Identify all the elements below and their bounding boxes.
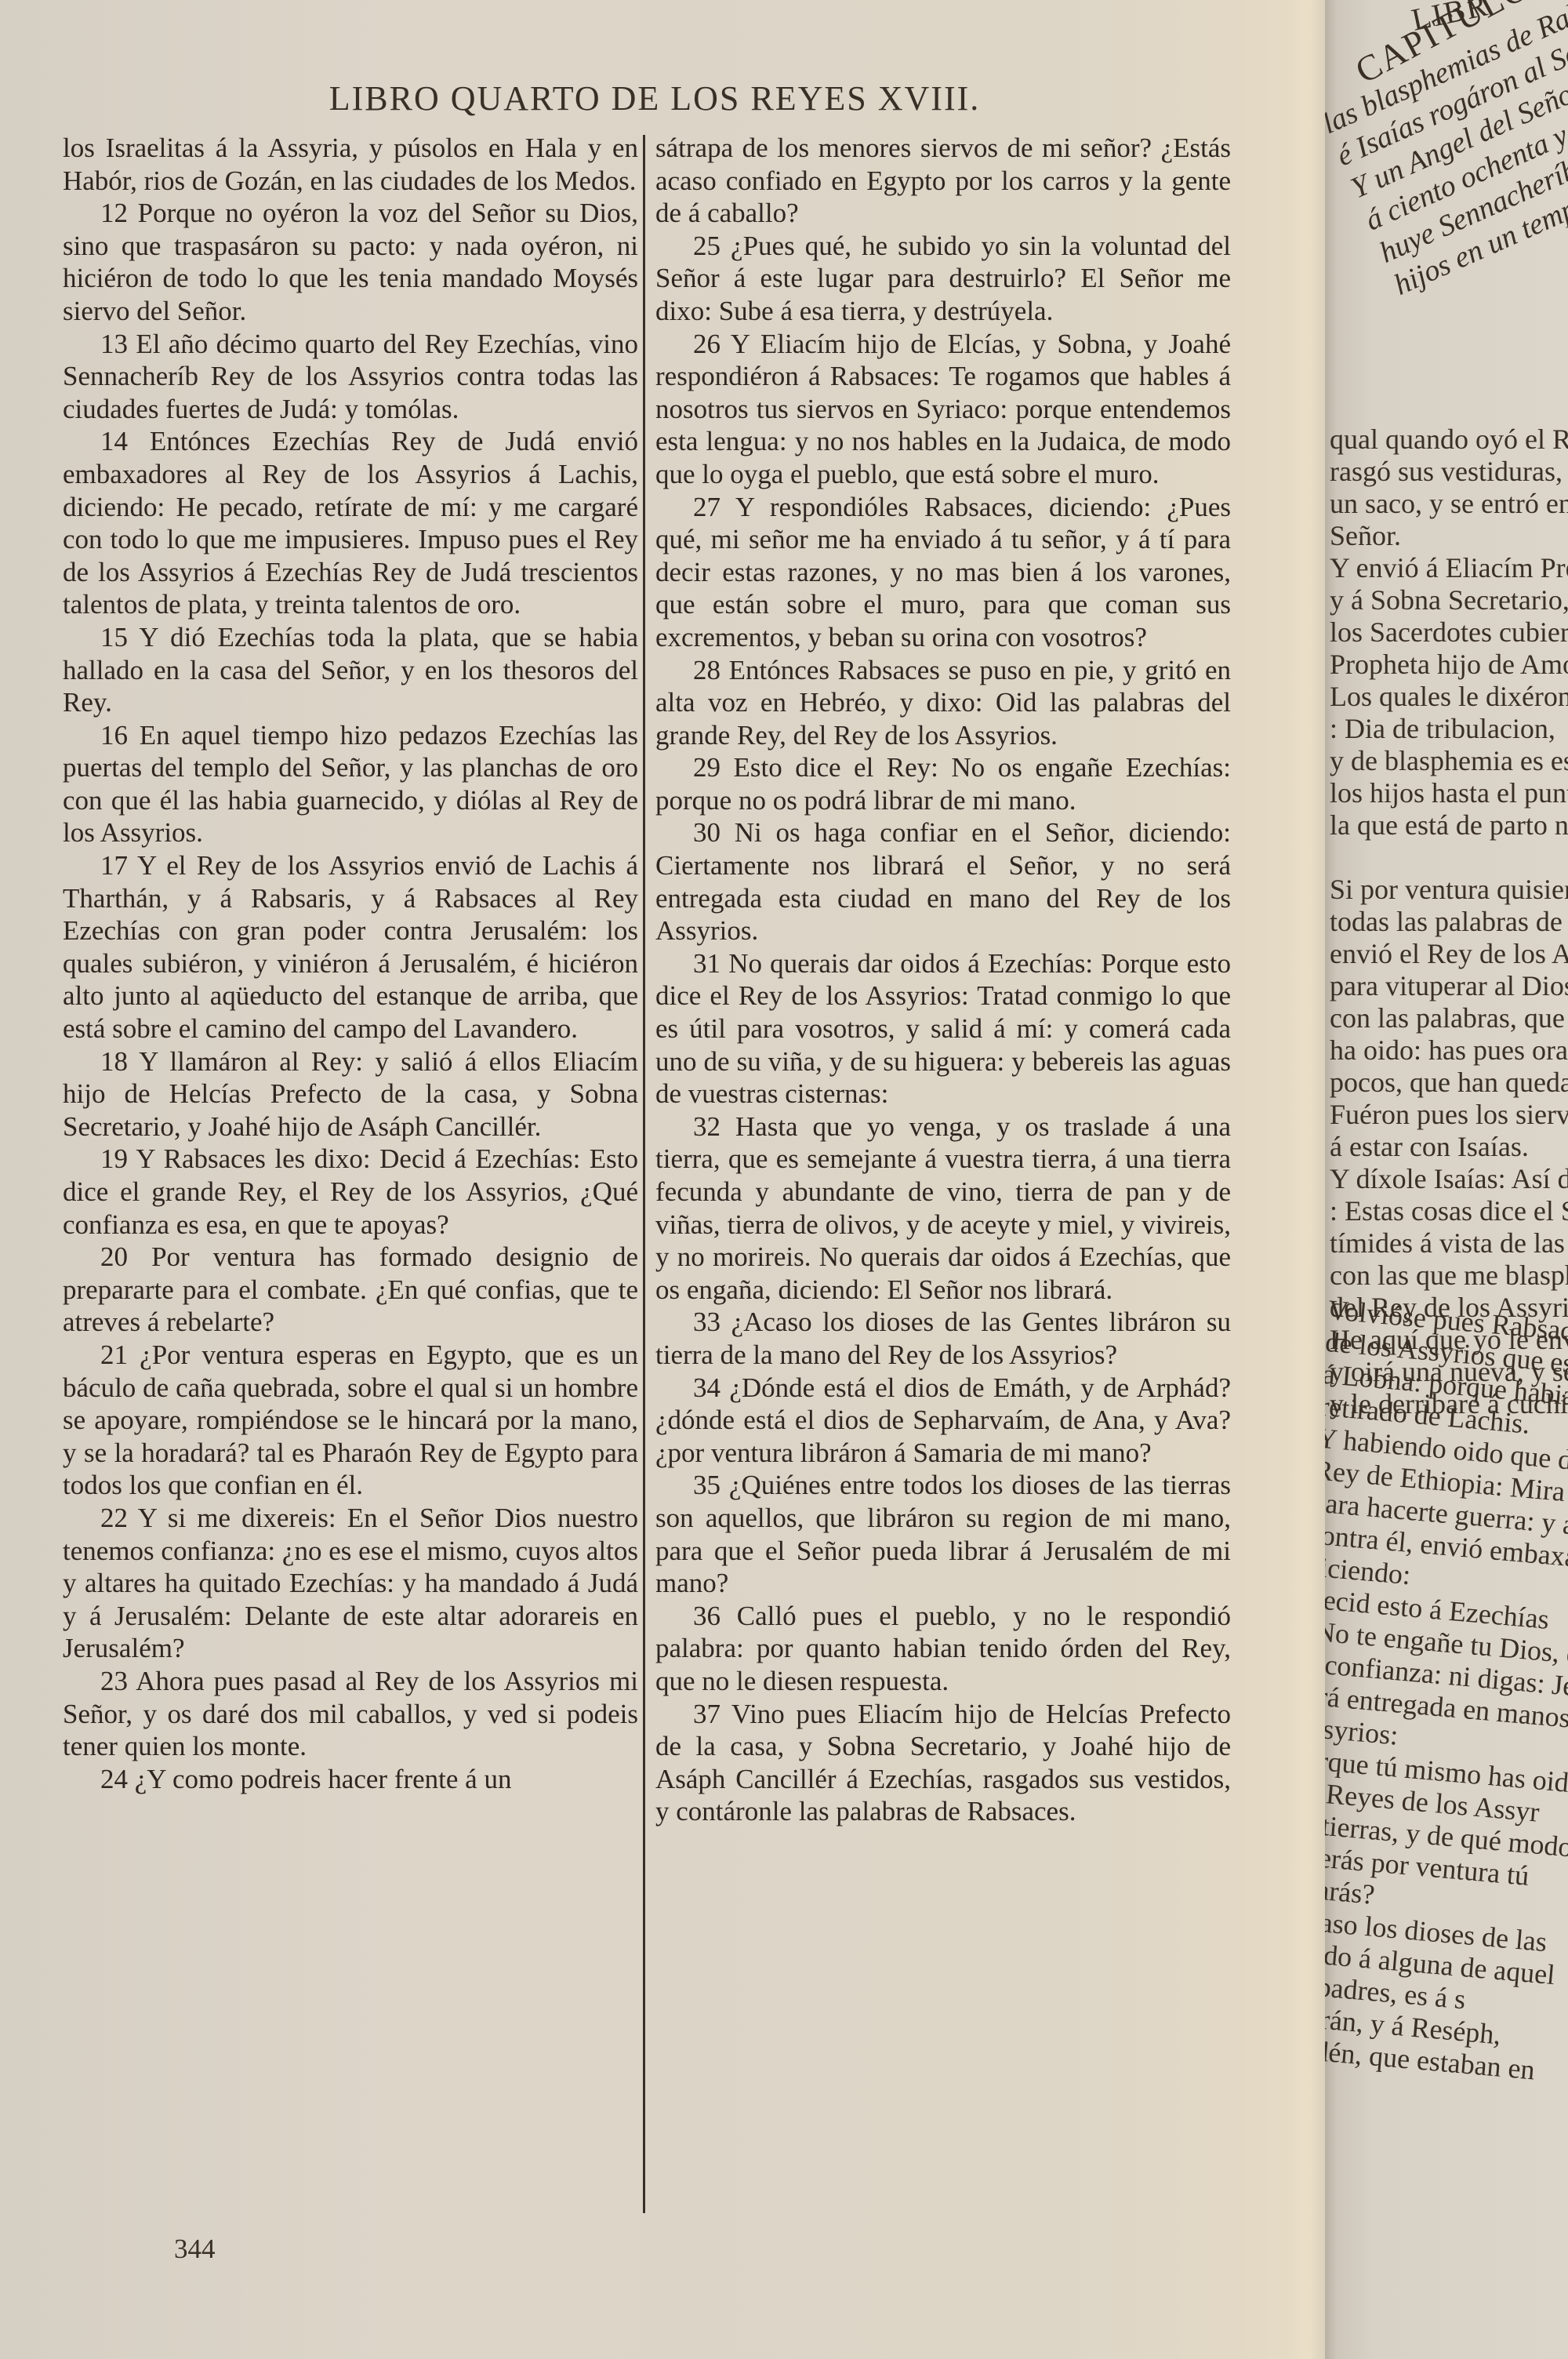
verse: 30 Ni os haga confiar en el Señor, dicie… — [655, 816, 1231, 947]
verse: 31 No querais dar oidos á Ezechías: Porq… — [655, 947, 1231, 1110]
text-line: rasgó sus vestiduras, — [1330, 456, 1568, 488]
verse: 28 Entónces Rabsaces se puso en pie, y g… — [655, 654, 1231, 752]
verse-number: 27 — [693, 492, 720, 522]
verse-text: sátrapa de los menores siervos de mi señ… — [655, 133, 1231, 228]
text-line: Y envió á Eliacím Prefecto — [1330, 552, 1568, 584]
verse-text: Vino pues Eliacím hijo de Helcías Prefec… — [655, 1699, 1231, 1827]
verse-text: Y llamáron al Rey: y salió á ellos Eliac… — [63, 1046, 638, 1142]
verse-number: 32 — [693, 1111, 720, 1142]
verse-number: 25 — [693, 231, 720, 261]
verse: 37 Vino pues Eliacím hijo de Helcías Pre… — [655, 1698, 1231, 1828]
verse-number: 35 — [693, 1470, 720, 1500]
verse-text: Porque no oyéron la voz del Señor su Dio… — [63, 198, 638, 326]
verse-number: 29 — [693, 752, 720, 783]
text-line: Propheta hijo de Amós. — [1330, 649, 1568, 681]
verse: 12 Porque no oyéron la voz del Señor su … — [63, 197, 638, 327]
verse-text: Por ventura has formado designio de prep… — [63, 1241, 638, 1337]
verse-number: 30 — [693, 817, 720, 848]
verse-number: 12 — [100, 198, 128, 228]
verse-number: 34 — [693, 1372, 720, 1403]
verse-number: 14 — [100, 426, 128, 456]
text-line: á estar con Isaías. — [1330, 1131, 1568, 1163]
text-line: qual quando oyó el Rey — [1330, 423, 1568, 456]
text-column-left: los Israelitas á la Assyria, y púsolos e… — [63, 132, 638, 1795]
verse-text: ¿Por ventura esperas en Egypto, que es u… — [63, 1339, 638, 1500]
verse-number: 23 — [100, 1666, 128, 1696]
text-line: Y díxole Isaías: Así direis — [1330, 1163, 1568, 1195]
verse-number: 15 — [100, 622, 128, 652]
text-line: los hijos hasta el punto de — [1330, 777, 1568, 809]
verse: 27 Y respondióles Rabsaces, diciendo: ¿P… — [655, 491, 1231, 654]
text-line: la que está de parto no tien — [1330, 809, 1568, 841]
text-line: pocos, que han quedado. — [1330, 1067, 1568, 1099]
verse-number: 20 — [100, 1241, 128, 1272]
verse: 14 Entónces Ezechías Rey de Judá envió e… — [63, 425, 638, 621]
verse-number: 13 — [100, 329, 128, 359]
running-head: LIBRO QUARTO DE LOS REYES XVIII. — [318, 78, 992, 118]
verse: 24 ¿Y como podreis hacer frente á un — [63, 1763, 638, 1796]
verse-text: Y Rabsaces les dixo: Decid á Ezechías: E… — [63, 1143, 638, 1239]
verse-text: El año décimo quarto del Rey Ezechías, v… — [63, 329, 638, 424]
text-line: tímides á vista de las palabr — [1330, 1227, 1568, 1259]
verse: 20 Por ventura has formado designio de p… — [63, 1241, 638, 1339]
verse: 18 Y llamáron al Rey: y salió á ellos El… — [63, 1045, 638, 1143]
verse-number: 26 — [693, 329, 720, 359]
text-line: para vituperar al Dios vivi — [1330, 970, 1568, 1002]
verse-text: Y respondióles Rabsaces, diciendo: ¿Pues… — [655, 492, 1231, 652]
verse-text: Esto dice el Rey: No os engañe Ezechías:… — [655, 752, 1231, 816]
text-line: y á Sobna Secretario, y á los — [1330, 584, 1568, 616]
verse: los Israelitas á la Assyria, y púsolos e… — [63, 132, 638, 197]
verse-number: 31 — [693, 948, 720, 979]
text-line: : Estas cosas dice el Señ — [1330, 1195, 1568, 1227]
text-line: Fuéron pues los siervos d — [1330, 1099, 1568, 1131]
verse: 19 Y Rabsaces les dixo: Decid á Ezechías… — [63, 1143, 638, 1241]
verse: 26 Y Eliacím hijo de Elcías, y Sobna, y … — [655, 328, 1231, 491]
text-line: envió el Rey de los Assy — [1330, 938, 1568, 970]
verse-text: Y el Rey de los Assyrios envió de Lachis… — [63, 850, 638, 1044]
verse: 22 Y si me dixereis: En el Señor Dios nu… — [63, 1502, 638, 1665]
left-page: LIBRO QUARTO DE LOS REYES XVIII. los Isr… — [0, 0, 1325, 2359]
text-line: ha oido: has pues oraci — [1330, 1034, 1568, 1067]
verse-number: 21 — [100, 1339, 128, 1370]
column-divider — [643, 135, 645, 2213]
verse-number: 37 — [693, 1699, 720, 1729]
verse-number: 28 — [693, 655, 720, 685]
text-column-right: sátrapa de los menores siervos de mi señ… — [655, 132, 1231, 1828]
verse-number: 19 — [100, 1143, 128, 1174]
right-page-body-top: qual quando oyó el Reyrasgó sus vestidur… — [1330, 423, 1568, 1420]
verse: 32 Hasta que yo venga, y os traslade á u… — [655, 1110, 1231, 1307]
text-line: los Sacerdotes cubiertos de — [1330, 616, 1568, 649]
verse: 34 ¿Dónde está el dios de Emáth, y de Ar… — [655, 1372, 1231, 1470]
verse-number: 18 — [100, 1046, 128, 1077]
verse: 25 ¿Pues qué, he subido yo sin la volunt… — [655, 230, 1231, 328]
verse: 15 Y dió Ezechías toda la plata, que se … — [63, 621, 638, 719]
verse: sátrapa de los menores siervos de mi señ… — [655, 132, 1231, 230]
verse-number: 16 — [100, 720, 128, 751]
verse: 29 Esto dice el Rey: No os engañe Ezechí… — [655, 751, 1231, 816]
line-gap — [1330, 841, 1568, 874]
verse-text: Hasta que yo venga, y os traslade á una … — [655, 1111, 1231, 1305]
verse-text: Entónces Ezechías Rey de Judá envió emba… — [63, 426, 638, 620]
verse: 23 Ahora pues pasad al Rey de los Assyri… — [63, 1665, 638, 1763]
verse-text: En aquel tiempo hizo pedazos Ezechías la… — [63, 720, 638, 849]
verse-text: Y Eliacím hijo de Elcías, y Sobna, y Joa… — [655, 329, 1231, 489]
verse-text: Y si me dixereis: En el Señor Dios nuest… — [63, 1503, 638, 1663]
page-number: 344 — [174, 2234, 216, 2265]
text-line: Los quales le dixéron: Est — [1330, 681, 1568, 713]
verse: 33 ¿Acaso los dioses de las Gentes librá… — [655, 1306, 1231, 1371]
right-page-body-bottom: Volvióse pues Rabsaces, yde los Assyrios… — [1325, 1294, 1568, 2092]
verse-text: ¿Quiénes entre todos los dioses de las t… — [655, 1470, 1231, 1598]
text-line: Si por ventura quisiere oir el — [1330, 874, 1568, 906]
text-line: todas las palabras de Ra — [1330, 906, 1568, 938]
verse-text: Ni os haga confiar en el Señor, diciendo… — [655, 817, 1231, 946]
verse-text: los Israelitas á la Assyria, y púsolos e… — [63, 133, 638, 196]
verse: 17 Y el Rey de los Assyrios envió de Lac… — [63, 849, 638, 1045]
verse-text: ¿Acaso los dioses de las Gentes libráron… — [655, 1307, 1231, 1370]
verse: 21 ¿Por ventura esperas en Egypto, que e… — [63, 1339, 638, 1502]
verse-number: 22 — [100, 1503, 128, 1533]
verse-text: ¿Pues qué, he subido yo sin la voluntad … — [655, 231, 1231, 326]
verse-text: Y dió Ezechías toda la plata, que se hab… — [63, 622, 638, 718]
verse-text: ¿Dónde está el dios de Emáth, y de Arphá… — [655, 1372, 1231, 1468]
right-page: LIBR CAPITULO XIX. las blasphemias de Ra… — [1325, 0, 1568, 2359]
verse-text: ¿Y como podreis hacer frente á un — [135, 1764, 512, 1794]
verse-number: 17 — [100, 850, 128, 881]
text-line: : Dia de tribulacion, — [1330, 713, 1568, 745]
verse: 16 En aquel tiempo hizo pedazos Ezechías… — [63, 719, 638, 849]
verse-number: 24 — [100, 1764, 128, 1794]
verse-text: Entónces Rabsaces se puso en pie, y grit… — [655, 655, 1231, 751]
verse: 35 ¿Quiénes entre todos los dioses de la… — [655, 1469, 1231, 1599]
text-line: un saco, y se entró en l — [1330, 488, 1568, 520]
verse-number: 36 — [693, 1601, 720, 1631]
text-line: y de blasphemia es est — [1330, 745, 1568, 777]
verse-number: 33 — [693, 1307, 720, 1337]
text-line: con las que me blasph — [1330, 1259, 1568, 1292]
verse: 13 El año décimo quarto del Rey Ezechías… — [63, 328, 638, 426]
verse-text: Ahora pues pasad al Rey de los Assyrios … — [63, 1666, 638, 1761]
verse-text: Calló pues el pueblo, y no le respondió … — [655, 1601, 1231, 1696]
text-line: con las palabras, que e — [1330, 1002, 1568, 1034]
text-line: Señor. — [1330, 520, 1568, 552]
verse: 36 Calló pues el pueblo, y no le respond… — [655, 1600, 1231, 1698]
verse-text: No querais dar oidos á Ezechías: Porque … — [655, 948, 1231, 1109]
